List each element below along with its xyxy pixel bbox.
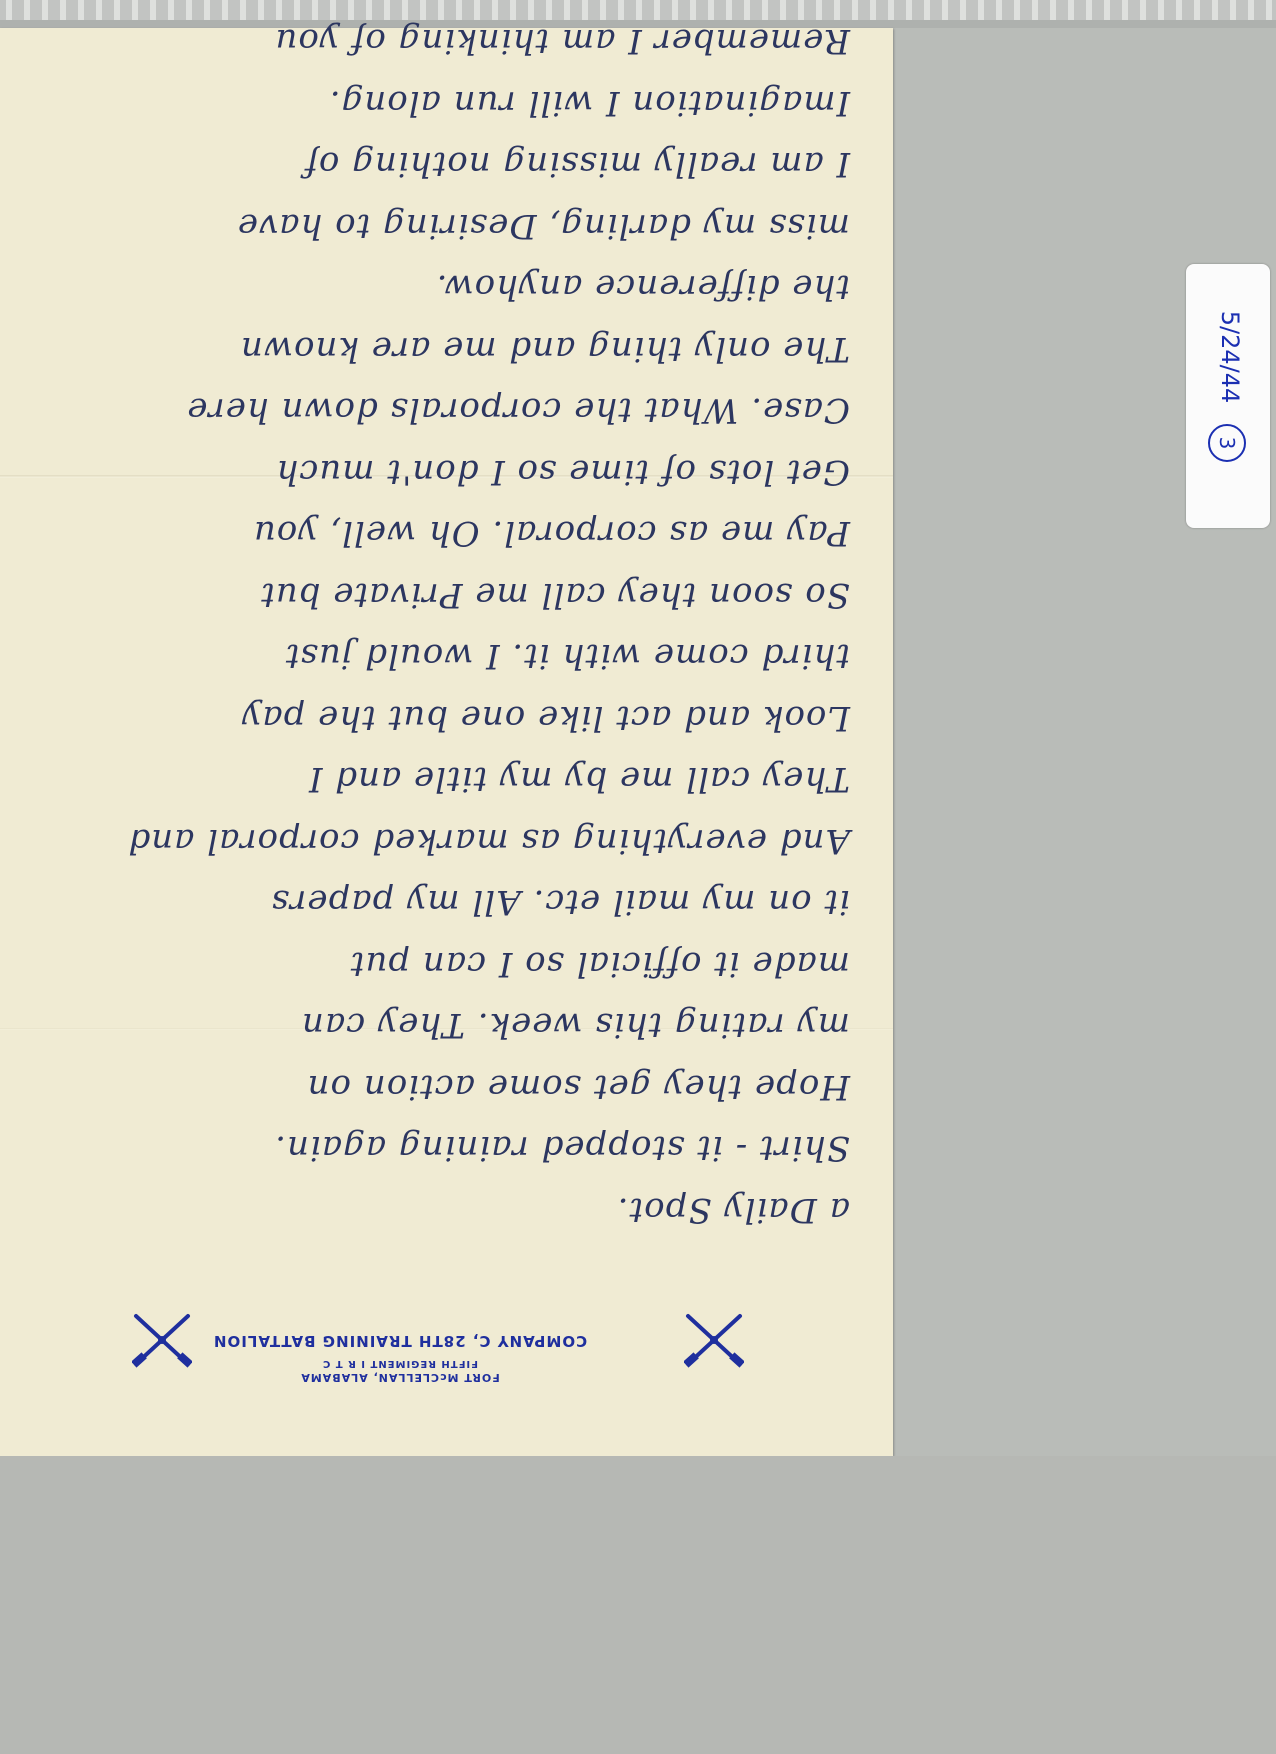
letterhead-location: FORT McCLELLAN, ALABAMA — [120, 1371, 680, 1384]
handwriting-line: third come with it. I would just — [90, 625, 850, 687]
handwriting-line: Shirt - it stopped raining again. — [90, 1117, 850, 1179]
letterhead-company: COMPANY C, 28TH TRAINING BATTALION — [120, 1332, 680, 1350]
handwriting-line: miss my darling, Desiring to have — [90, 195, 850, 257]
handwriting-line: a Daily Spot. — [90, 1179, 850, 1241]
handwriting-line: They call me by my title and I — [90, 748, 850, 810]
archive-label-tag: 5/24/44 3 — [1186, 264, 1270, 528]
handwriting-line: my rating this week. They can — [90, 994, 850, 1056]
crossed-rifles-icon — [684, 1312, 744, 1368]
handwriting-line: I am really missing nothing of — [90, 133, 850, 195]
handwriting-line: Hope they get some action on — [90, 1056, 850, 1118]
handwriting-line: Get lots of time so I don't much — [90, 441, 850, 503]
handwriting-line: Pay me as corporal. Oh well, you — [90, 502, 850, 564]
handwriting-line: The only thing and me are known — [90, 318, 850, 380]
handwriting-line: Imagination I will run along. — [90, 72, 850, 134]
handwriting-line: Look and act like one but the pay — [90, 687, 850, 749]
handwriting-line: Case. What the corporals down here — [90, 379, 850, 441]
handwriting-line: Bday Munit That I am awake — [90, 0, 850, 10]
letterhead: FORT McCLELLAN, ALABAMA FIFTH REGIMENT I… — [120, 1305, 680, 1385]
handwriting-line: Remember I am thinking of you — [90, 10, 850, 72]
handwriting-line: And everything as marked corporal and — [90, 810, 850, 872]
scan-background-lower — [0, 1456, 1276, 1754]
handwritten-letter-body: a Daily Spot. Shirt - it stopped raining… — [90, 60, 850, 1240]
label-date: 5/24/44 — [1216, 282, 1244, 432]
handwriting-line: made it official so I can put — [90, 933, 850, 995]
handwriting-line: So soon they call me Private but — [90, 564, 850, 626]
handwriting-line: it on my mail etc. All my papers — [90, 871, 850, 933]
letterhead-regiment: FIFTH REGIMENT I R T C — [120, 1358, 680, 1369]
label-page-number: 3 — [1208, 424, 1246, 462]
handwriting-line: the difference anyhow. — [90, 256, 850, 318]
